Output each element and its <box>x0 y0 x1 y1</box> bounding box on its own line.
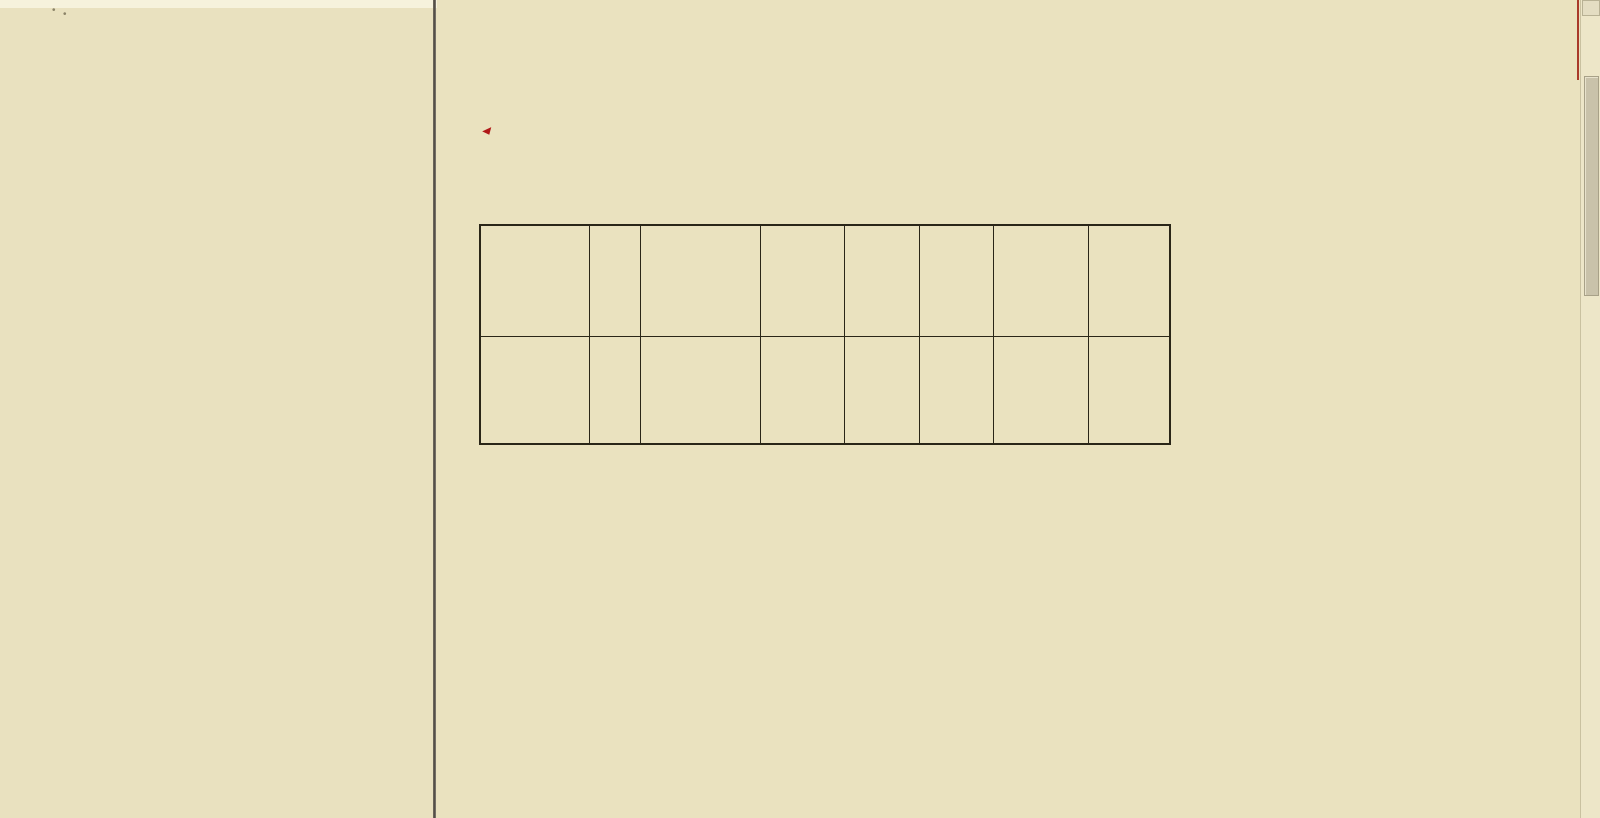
cell-area <box>590 337 641 445</box>
header-date <box>1089 225 1171 337</box>
bullet-icon: • <box>63 7 67 22</box>
header-cadastral <box>641 225 761 337</box>
scroll-thumb[interactable] <box>1584 76 1599 296</box>
main-content <box>437 0 1567 818</box>
section-subject <box>478 569 1528 584</box>
section-law <box>478 533 1528 548</box>
vertical-scrollbar[interactable] <box>1580 0 1600 818</box>
cell-step <box>920 337 994 445</box>
cell-cadastral <box>641 337 761 445</box>
table-row <box>480 337 1170 445</box>
sidebar-navigation: • • <box>0 0 440 818</box>
arrow-down-icon <box>482 127 494 137</box>
section-permitted-use <box>478 605 1528 620</box>
cell-rent <box>761 337 845 445</box>
header-deposit <box>845 225 920 337</box>
header-address <box>480 225 590 337</box>
scroll-up-icon[interactable] <box>1582 0 1600 16</box>
cell-address <box>480 337 590 445</box>
cell-date <box>1089 337 1171 445</box>
scroll-edge-marker <box>1577 0 1579 80</box>
section-authority <box>478 497 1528 512</box>
conditions-row <box>478 145 486 159</box>
section-encumbrance <box>478 641 1528 656</box>
results-link-row <box>483 125 499 139</box>
section-organizer <box>478 475 1528 490</box>
mup-heading <box>478 728 1528 743</box>
table-header-row <box>480 225 1170 337</box>
header-rent <box>761 225 845 337</box>
header-deadline <box>994 225 1089 337</box>
pane-divider[interactable] <box>433 0 436 818</box>
header-area <box>590 225 641 337</box>
section-encumbrance-note <box>478 663 1528 678</box>
section-seller <box>478 454 1528 469</box>
cell-deadline <box>994 337 1089 445</box>
power-supply-paragraph <box>478 750 1528 765</box>
lot-table <box>479 224 1171 445</box>
power-item-1 <box>478 786 1528 801</box>
sidebar-item-results[interactable]: • <box>0 4 440 8</box>
header-step <box>920 225 994 337</box>
cell-deposit <box>845 337 920 445</box>
current-item-block: • • <box>0 0 440 8</box>
section-category <box>478 684 1528 699</box>
